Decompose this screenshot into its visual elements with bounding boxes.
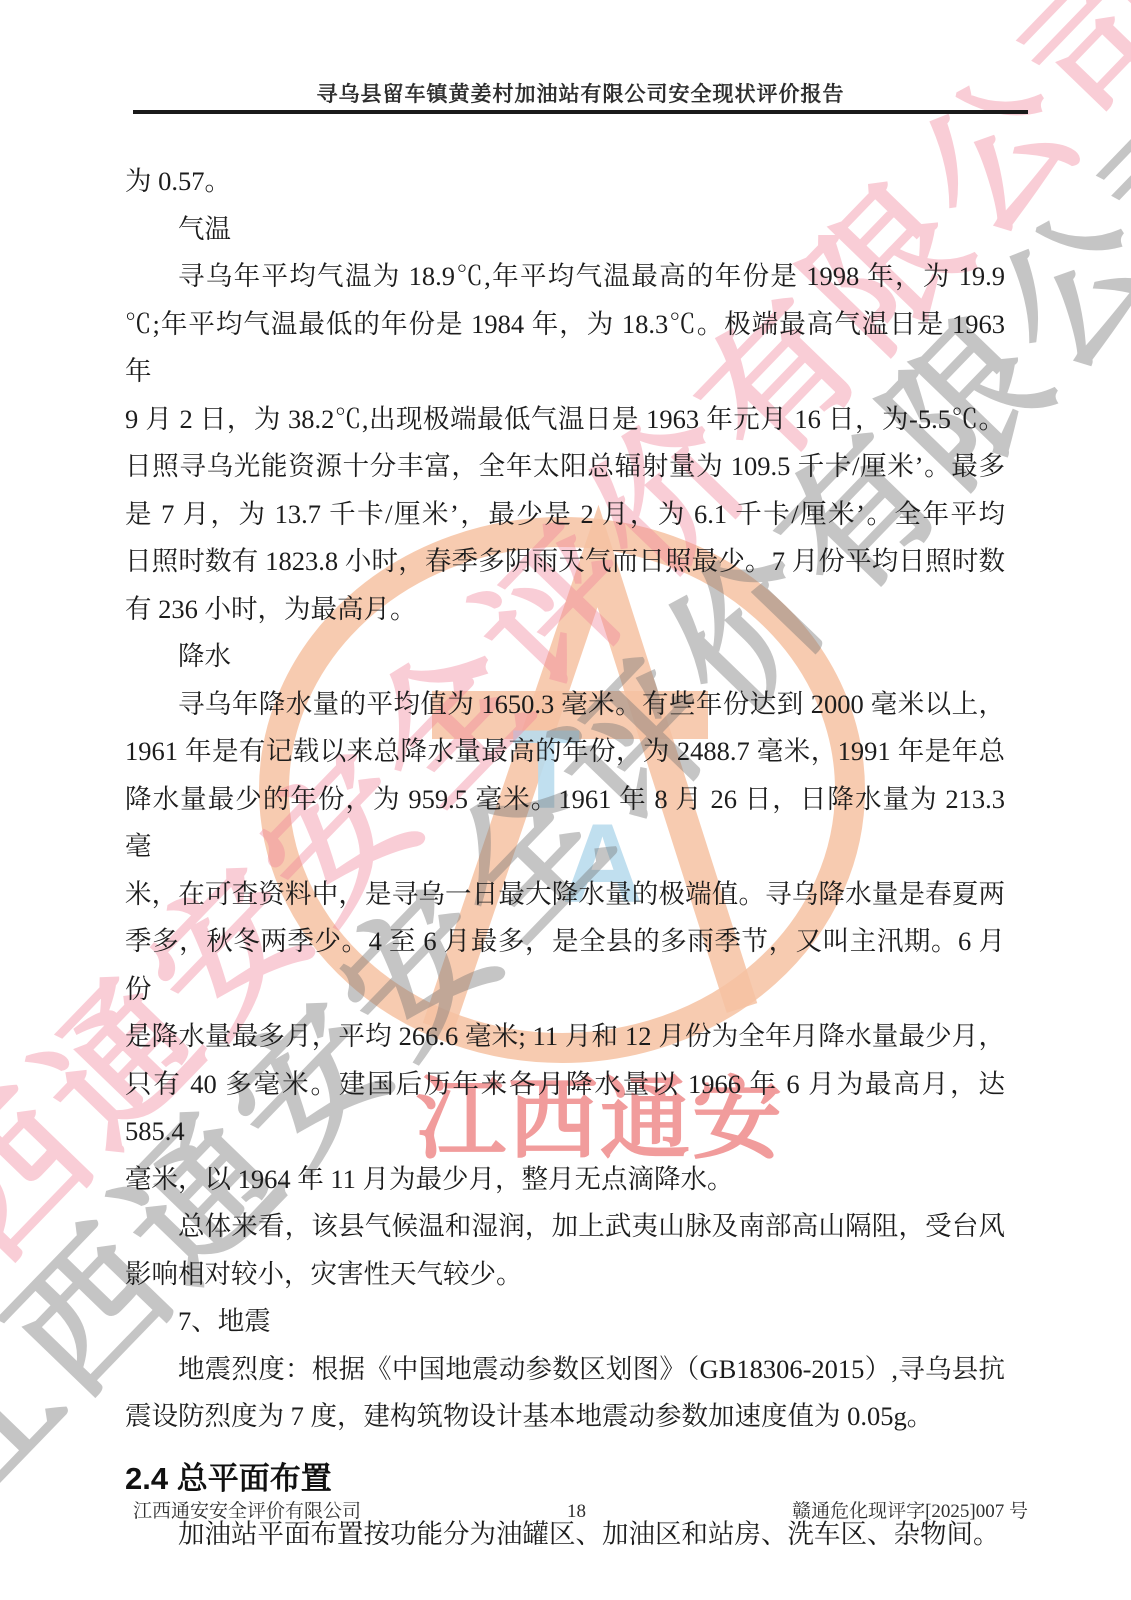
body-line: 米，在可查资料中，是寻乌一日最大降水量的极端值。寻乌降水量是春夏两: [125, 871, 1005, 919]
body-line: 有 236 小时，为最高月。: [125, 586, 1005, 634]
body-line: ℃;年平均气温最低的年份是 1984 年，为 18.3℃。极端最高气温日是 19…: [125, 301, 1005, 396]
body-line: 影响相对较小，灾害性天气较少。: [125, 1251, 1005, 1299]
body-text: 为 0.57。气温寻乌年平均气温为 18.9℃,年平均气温最高的年份是 1998…: [125, 158, 1005, 1558]
body-line: 降水量最少的年份，为 959.5 毫米。1961 年 8 月 26 日，日降水量…: [125, 776, 1005, 871]
body-line: 季多，秋冬两季少。4 至 6 月最多，是全县的多雨季节，又叫主汛期。6 月份: [125, 918, 1005, 1013]
body-line: 9 月 2 日，为 38.2℃,出现极端最低气温日是 1963 年元月 16 日…: [125, 396, 1005, 444]
body-line: 毫米，以 1964 年 11 月为最少月，整月无点滴降水。: [125, 1156, 1005, 1204]
footer-company: 江西通安安全评价有限公司: [133, 1496, 361, 1523]
body-line: 是 7 月，为 13.7 千卡/厘米’，最少是 2 月，为 6.1 千卡/厘米’…: [125, 491, 1005, 539]
footer-page-number: 18: [567, 1501, 586, 1523]
footer-doc-number: 赣通危化现评字[2025]007 号: [792, 1496, 1028, 1523]
body-line: 日照时数有 1823.8 小时，春季多阴雨天气而日照最少。7 月份平均日照时数: [125, 538, 1005, 586]
body-line: 寻乌年平均气温为 18.9℃,年平均气温最高的年份是 1998 年，为 19.9: [125, 253, 1005, 301]
body-line: 为 0.57。: [125, 158, 1005, 206]
body-line: 总体来看，该县气候温和湿润，加上武夷山脉及南部高山隔阻，受台风: [125, 1203, 1005, 1251]
body-line: 降水: [125, 633, 1005, 681]
body-line: 寻乌年降水量的平均值为 1650.3 毫米。有些年份达到 2000 毫米以上，: [125, 681, 1005, 729]
document-page: T A 江西通安安全评价有限公司 江西通安安全评价有限公司 江西通安 寻乌县留车…: [0, 0, 1131, 1600]
header-rule: [133, 110, 1028, 114]
body-line: 7、地震: [125, 1298, 1005, 1346]
body-line: 只有 40 多毫米。建国后历年来各月降水量以 1966 年 6 月为最高月，达 …: [125, 1061, 1005, 1156]
body-line: 地震烈度：根据《中国地震动参数区划图》（GB18306-2015）,寻乌县抗: [125, 1346, 1005, 1394]
body-line: 是降水量最多月，平均 266.6 毫米; 11 月和 12 月份为全年月降水量最…: [125, 1013, 1005, 1061]
body-line: 1961 年是有记载以来总降水量最高的年份，为 2488.7 毫米，1991 年…: [125, 728, 1005, 776]
body-line: 气温: [125, 206, 1005, 254]
page-footer: 江西通安安全评价有限公司 18 赣通危化现评字[2025]007 号: [133, 1496, 1028, 1523]
body-line: 日照寻乌光能资源十分丰富，全年太阳总辐射量为 109.5 千卡/厘米’。最多: [125, 443, 1005, 491]
report-header-title: 寻乌县留车镇黄姜村加油站有限公司安全现状评价报告: [133, 78, 1028, 108]
body-line: 震设防烈度为 7 度，建构筑物设计基本地震动参数加速度值为 0.05g。: [125, 1393, 1005, 1441]
